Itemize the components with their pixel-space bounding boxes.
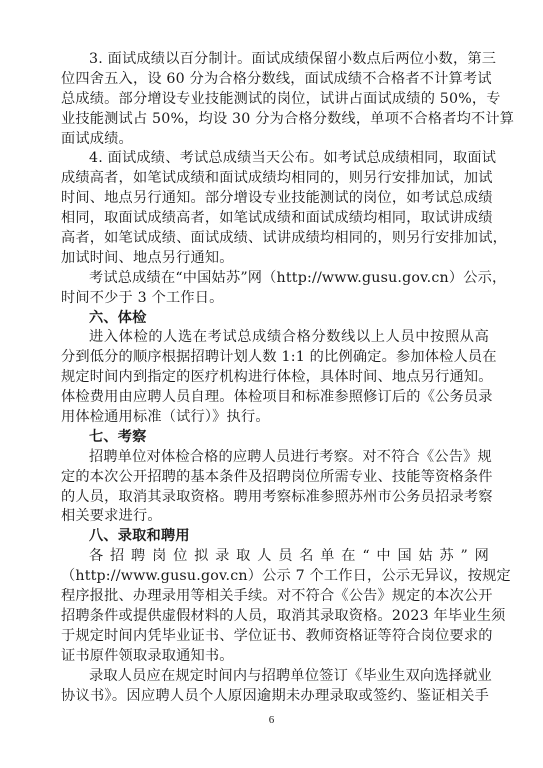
text-line: 3. 面试成绩以百分制计。面试成绩保留小数点后两位小数，第三: [61, 50, 489, 70]
text-line: 程序报批、办理录用等相关手续。对不符合《公告》规定的本次公开: [61, 587, 489, 607]
text-line: 业技能测试占 50%，均设 30 分为合格分数线，单项不合格者均不计算: [61, 110, 489, 130]
page-number: 6: [0, 714, 543, 726]
text-line: 相同，取面试成绩高者，如笔试成绩和面试成绩均相同，取试讲成绩: [61, 209, 489, 229]
section-heading-admission: 八、录取和聘用: [61, 527, 489, 547]
text-line: 规定时间内到指定的医疗机构进行体检，具体时间、地点另行通知。: [61, 368, 489, 388]
text-line: 各招聘岗位拟录取人员名单在“中国姑苏”网: [61, 547, 489, 567]
text-line: 加试时间、地点另行通知。: [61, 249, 489, 269]
text-line: 进入体检的人选在考试总成绩合格分数线以上人员中按照从高: [61, 328, 489, 348]
section-heading-inspection: 七、考察: [61, 428, 489, 448]
text-line: 招聘单位对体检合格的应聘人员进行考察。对不符合《公告》规: [61, 448, 489, 468]
text-line: 定的本次公开招聘的基本条件及招聘岗位所需专业、技能等资格条件: [61, 468, 489, 488]
text-line: 4. 面试成绩、考试总成绩当天公布。如考试总成绩相同，取面试: [61, 149, 489, 169]
text-line: 录取人员应在规定时间内与招聘单位签订《毕业生双向选择就业: [61, 667, 489, 687]
text-line: 相关要求进行。: [61, 507, 489, 527]
text-line: 位四舍五入，设 60 分为合格分数线，面试成绩不合格者不计算考试: [61, 70, 489, 90]
text-line: 的人员，取消其录取资格。聘用考察标准参照苏州市公务员招录考察: [61, 488, 489, 508]
text-line: 协议书》。因应聘人员个人原因逾期未办理录取或签约、鉴证相关手: [61, 687, 489, 707]
document-body: 3. 面试成绩以百分制计。面试成绩保留小数点后两位小数，第三 位四舍五入，设 6…: [61, 50, 489, 706]
text-line: 分到低分的顺序根据招聘计划人数 1:1 的比例确定。参加体检人员在: [61, 348, 489, 368]
text-line: 招聘条件或提供虚假材料的人员，取消其录取资格。2023 年毕业生须: [61, 607, 489, 627]
text-line: 体检费用由应聘人员自理。体检项目和标准参照修订后的《公务员录: [61, 388, 489, 408]
text-line: 高者，如笔试成绩、面试成绩、试讲成绩均相同的，则另行安排加试，: [61, 229, 489, 249]
text-line: 时间不少于 3 个工作日。: [61, 289, 489, 309]
text-line: 时间、地点另行通知。部分增设专业技能测试的岗位，如考试总成绩: [61, 189, 489, 209]
text-line: 成绩高者，如笔试成绩和面试成绩均相同的，则另行安排加试，加试: [61, 169, 489, 189]
text-line: 考试总成绩在“中国姑苏”网（http://www.gusu.gov.cn）公示，: [61, 269, 489, 289]
text-line: 总成绩。部分增设专业技能测试的岗位，试讲占面试成绩的 50%，专: [61, 90, 489, 110]
text-line: 面试成绩。: [61, 130, 489, 150]
text-line: 用体检通用标准（试行）》执行。: [61, 408, 489, 428]
text-line: 证书原件领取录取通知书。: [61, 647, 489, 667]
text-line: （http://www.gusu.gov.cn）公示 7 个工作日，公示无异议，…: [61, 567, 489, 587]
section-heading-physical-exam: 六、体检: [61, 309, 489, 329]
text-line: 于规定时间内凭毕业证书、学位证书、教师资格证等符合岗位要求的: [61, 627, 489, 647]
